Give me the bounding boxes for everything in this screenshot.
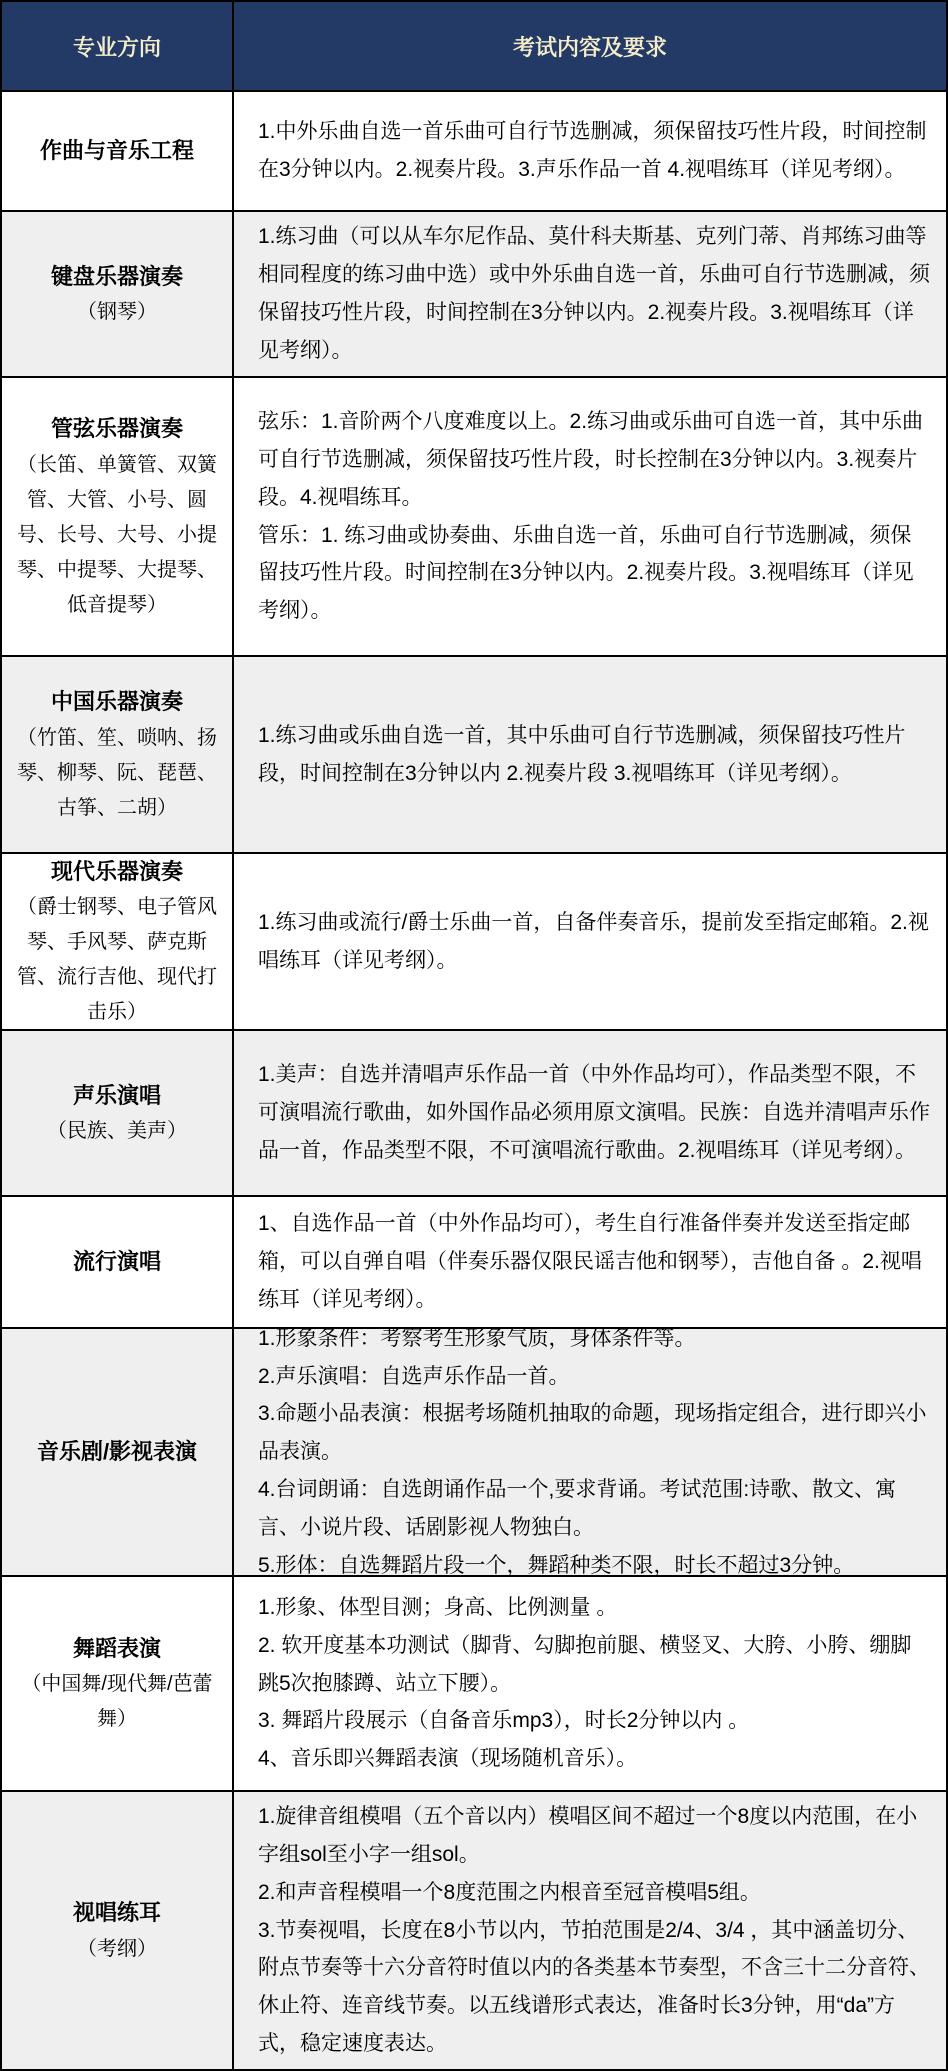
major-sub: （中国舞/现代舞/芭蕾舞） — [15, 1667, 219, 1737]
major-sub: （民族、美声） — [47, 1114, 187, 1149]
major-name: 音乐剧/影视表演 — [37, 1433, 197, 1470]
exam-requirement: 3. 舞蹈片段展示（自备音乐mp3），时长2分钟以内 。 — [258, 1702, 930, 1740]
exam-requirement: 1.练习曲或乐曲自选一首，其中乐曲可自行节选删减，须保留技巧性片段，时间控制在3… — [258, 717, 930, 793]
table-row-composition: 作曲与音乐工程 1.中外乐曲自选一首乐曲可自行节选删减，须保留技巧性片段，时间控… — [2, 90, 946, 210]
header-label-major: 专业方向 — [73, 31, 161, 62]
exam-requirement: 1.旋律音组模唱（五个音以内）模唱区间不超过一个8度以内范围，在小字组sol至小… — [258, 1798, 930, 1874]
major-cell: 管弦乐器演奏 （长笛、单簧管、双簧管、大管、小号、圆号、长号、大号、小提琴、中提… — [2, 378, 232, 655]
major-name: 流行演唱 — [73, 1243, 161, 1280]
requirements-cell: 1.形象、体型目测；身高、比例测量 。 2. 软开度基本功测试（脚背、勾脚抱前腿… — [232, 1577, 946, 1790]
major-cell: 中国乐器演奏 （竹笛、笙、唢呐、扬琴、柳琴、阮、琵琶、古筝、二胡） — [2, 657, 232, 852]
exam-requirements-page: { "colors": { "header_bg": "#243a66", "h… — [0, 0, 948, 2071]
table-row-keyboard: 键盘乐器演奏 （钢琴） 1.练习曲（可以从车尔尼作品、莫什科夫斯基、克列门蒂、肖… — [2, 210, 946, 376]
major-name: 键盘乐器演奏 — [51, 258, 183, 295]
requirements-cell: 1.练习曲或流行/爵士乐曲一首，自备伴奏音乐，提前发至指定邮箱。2.视唱练耳（详… — [232, 854, 946, 1029]
requirements-cell: 1.旋律音组模唱（五个音以内）模唱区间不超过一个8度以内范围，在小字组sol至小… — [232, 1792, 946, 2069]
major-cell: 音乐剧/影视表演 — [2, 1329, 232, 1575]
exam-requirement: 4.台词朗诵：自选朗诵作品一个,要求背诵。考试范围:诗歌、散文、寓言、小说片段、… — [258, 1471, 930, 1547]
exam-requirement: 3.命题小品表演：根据考场随机抽取的命题，现场指定组合，进行即兴小品表演。 — [258, 1395, 930, 1471]
major-name: 现代乐器演奏 — [51, 853, 183, 890]
requirements-cell: 1.练习曲或乐曲自选一首，其中乐曲可自行节选删减，须保留技巧性片段，时间控制在3… — [232, 657, 946, 852]
table-row-dance: 舞蹈表演 （中国舞/现代舞/芭蕾舞） 1.形象、体型目测；身高、比例测量 。 2… — [2, 1575, 946, 1790]
major-sub: （竹笛、笙、唢呐、扬琴、柳琴、阮、琵琶、古筝、二胡） — [15, 721, 219, 826]
header-cell-major: 专业方向 — [2, 2, 232, 90]
major-sub: （钢琴） — [77, 295, 157, 330]
major-cell: 流行演唱 — [2, 1197, 232, 1327]
exam-requirement: 1、自选作品一首（中外作品均可），考生自行准备伴奏并发送至指定邮箱，可以自弹自唱… — [258, 1205, 930, 1318]
major-cell: 视唱练耳 （考纲） — [2, 1792, 232, 2069]
exam-requirement: 1.美声：自选并清唱声乐作品一首（中外作品均可），作品类型不限，不可演唱流行歌曲… — [258, 1056, 930, 1169]
exam-requirement: 管乐：1. 练习曲或协奏曲、乐曲自选一首，乐曲可自行节选删减，须保留技巧性片段。… — [258, 517, 930, 630]
table-row-vocal: 声乐演唱 （民族、美声） 1.美声：自选并清唱声乐作品一首（中外作品均可），作品… — [2, 1029, 946, 1195]
table-header-row: 专业方向 考试内容及要求 — [2, 2, 946, 90]
exam-requirement: 1.形象、体型目测；身高、比例测量 。 — [258, 1589, 930, 1627]
major-name: 管弦乐器演奏 — [51, 410, 183, 447]
table-row-modern-instruments: 现代乐器演奏 （爵士钢琴、电子管风琴、手风琴、萨克斯管、流行吉他、现代打击乐） … — [2, 852, 946, 1029]
exam-requirement: 2. 软开度基本功测试（脚背、勾脚抱前腿、横竖叉、大胯、小胯、绷脚跳5次抱膝蹲、… — [258, 1627, 930, 1703]
major-sub: （长笛、单簧管、双簧管、大管、小号、圆号、长号、大号、小提琴、中提琴、大提琴、低… — [15, 448, 219, 623]
major-name: 中国乐器演奏 — [51, 683, 183, 720]
exam-requirement: 1.练习曲或流行/爵士乐曲一首，自备伴奏音乐，提前发至指定邮箱。2.视唱练耳（详… — [258, 904, 930, 980]
exam-requirement: 4、音乐即兴舞蹈表演（现场随机音乐）。 — [258, 1740, 930, 1778]
exam-requirement: 1.形象条件：考察考生形象气质，身体条件等。 — [258, 1320, 930, 1358]
table-row-orchestral: 管弦乐器演奏 （长笛、单簧管、双簧管、大管、小号、圆号、长号、大号、小提琴、中提… — [2, 376, 946, 655]
exam-requirement: 弦乐：1.音阶两个八度难度以上。2.练习曲或乐曲可自选一首，其中乐曲可自行节选删… — [258, 403, 930, 516]
exam-requirement: 1.练习曲（可以从车尔尼作品、莫什科夫斯基、克列门蒂、肖邦练习曲等相同程度的练习… — [258, 218, 930, 369]
header-label-requirements: 考试内容及要求 — [513, 31, 667, 62]
exam-requirement: 1.中外乐曲自选一首乐曲可自行节选删减，须保留技巧性片段，时间控制在3分钟以内。… — [258, 113, 930, 189]
exam-requirement: 3.节奏视唱，长度在8小节以内，节拍范围是2/4、3/4 ，其中涵盖切分、附点节… — [258, 1912, 930, 2063]
table-row-chinese-instruments: 中国乐器演奏 （竹笛、笙、唢呐、扬琴、柳琴、阮、琵琶、古筝、二胡） 1.练习曲或… — [2, 655, 946, 852]
requirements-cell: 弦乐：1.音阶两个八度难度以上。2.练习曲或乐曲可自选一首，其中乐曲可自行节选删… — [232, 378, 946, 655]
table-row-musical-theatre: 音乐剧/影视表演 1.形象条件：考察考生形象气质，身体条件等。 2.声乐演唱：自… — [2, 1327, 946, 1575]
requirements-cell: 1.练习曲（可以从车尔尼作品、莫什科夫斯基、克列门蒂、肖邦练习曲等相同程度的练习… — [232, 212, 946, 376]
exam-requirements-table: 专业方向 考试内容及要求 作曲与音乐工程 1.中外乐曲自选一首乐曲可自行节选删减… — [0, 0, 948, 2071]
major-name: 舞蹈表演 — [73, 1630, 161, 1667]
major-cell: 声乐演唱 （民族、美声） — [2, 1031, 232, 1195]
requirements-cell: 1.美声：自选并清唱声乐作品一首（中外作品均可），作品类型不限，不可演唱流行歌曲… — [232, 1031, 946, 1195]
table-row-pop-vocal: 流行演唱 1、自选作品一首（中外作品均可），考生自行准备伴奏并发送至指定邮箱，可… — [2, 1195, 946, 1327]
table-row-ear-training: 视唱练耳 （考纲） 1.旋律音组模唱（五个音以内）模唱区间不超过一个8度以内范围… — [2, 1790, 946, 2069]
major-name: 视唱练耳 — [73, 1894, 161, 1931]
major-sub: （考纲） — [77, 1932, 157, 1967]
exam-requirement: 2.声乐演唱：自选声乐作品一首。 — [258, 1358, 930, 1396]
major-cell: 键盘乐器演奏 （钢琴） — [2, 212, 232, 376]
major-name: 作曲与音乐工程 — [40, 132, 194, 169]
major-cell: 现代乐器演奏 （爵士钢琴、电子管风琴、手风琴、萨克斯管、流行吉他、现代打击乐） — [2, 854, 232, 1029]
major-cell: 舞蹈表演 （中国舞/现代舞/芭蕾舞） — [2, 1577, 232, 1790]
header-cell-requirements: 考试内容及要求 — [232, 2, 946, 90]
major-sub: （爵士钢琴、电子管风琴、手风琴、萨克斯管、流行吉他、现代打击乐） — [15, 890, 219, 1030]
exam-requirement: 2.和声音程模唱一个8度范围之内根音至冠音模唱5组。 — [258, 1874, 930, 1912]
requirements-cell: 1.中外乐曲自选一首乐曲可自行节选删减，须保留技巧性片段，时间控制在3分钟以内。… — [232, 92, 946, 210]
requirements-cell: 1、自选作品一首（中外作品均可），考生自行准备伴奏并发送至指定邮箱，可以自弹自唱… — [232, 1197, 946, 1327]
major-name: 声乐演唱 — [73, 1077, 161, 1114]
requirements-cell: 1.形象条件：考察考生形象气质，身体条件等。 2.声乐演唱：自选声乐作品一首。 … — [232, 1329, 946, 1575]
major-cell: 作曲与音乐工程 — [2, 92, 232, 210]
